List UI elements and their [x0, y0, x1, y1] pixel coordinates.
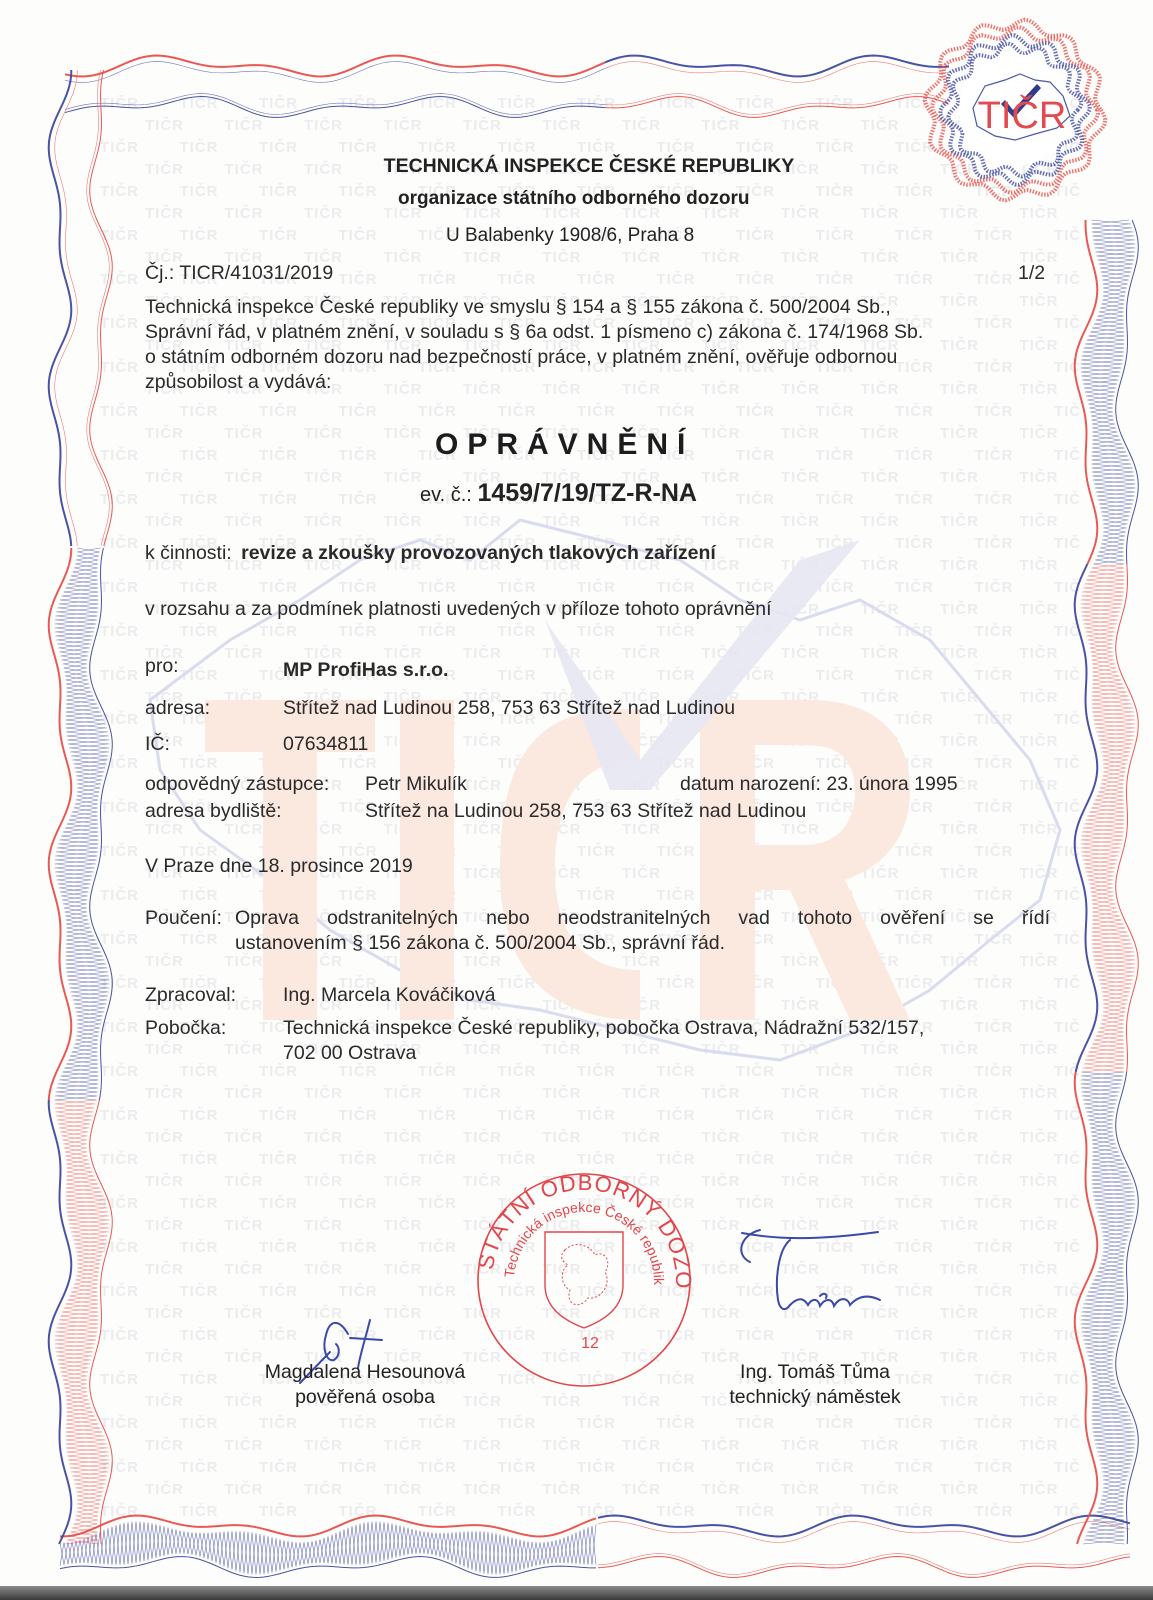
signatory-name: Magdalena Hesounová	[250, 1360, 480, 1385]
signature-tuma-icon	[741, 1230, 878, 1309]
signatory-role: pověřená osoba	[250, 1385, 480, 1410]
scan-edge	[0, 1586, 1153, 1600]
certificate-page: TIČR TIČR TIČR TIČR TIČR TIČR TIČR TIČR …	[0, 0, 1153, 1586]
signature-right: Ing. Tomáš Tůma technický náměstek	[700, 1360, 930, 1410]
signatory-name: Ing. Tomáš Tůma	[700, 1360, 930, 1385]
signatory-role: technický náměstek	[700, 1385, 930, 1410]
signature-strokes	[0, 0, 1153, 1586]
signature-left: Magdalena Hesounová pověřená osoba	[250, 1360, 480, 1410]
